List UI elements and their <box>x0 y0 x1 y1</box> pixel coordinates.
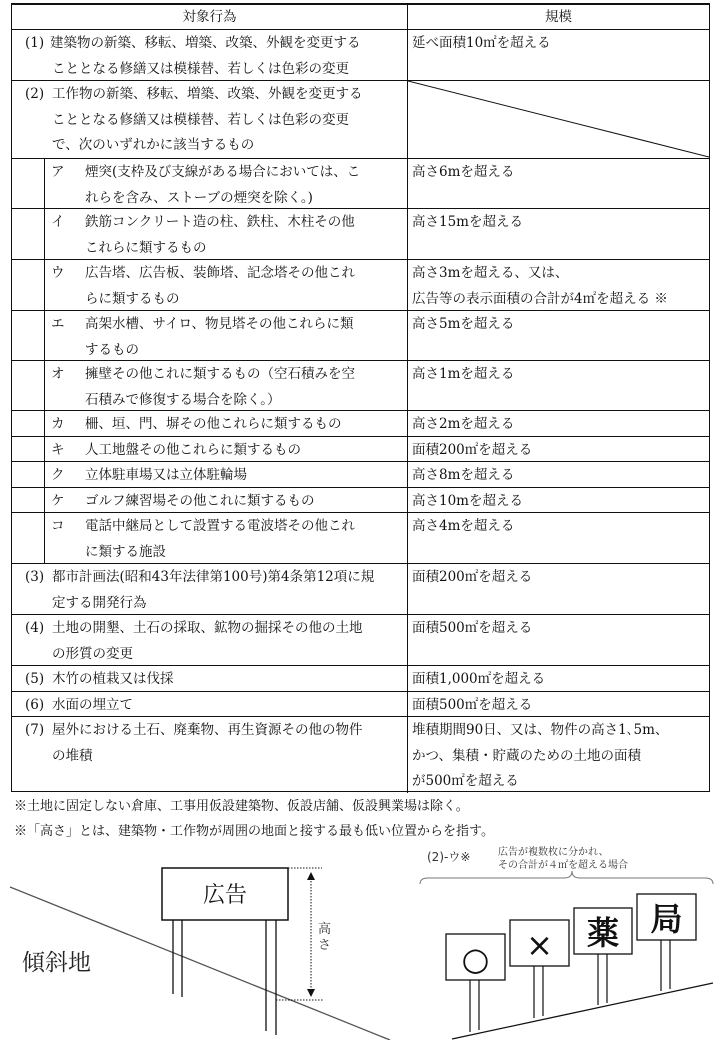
table-row: (3) 都市計画法(昭和43年法律第100号)第4条第12項に規定する開発行為 … <box>12 564 709 615</box>
scale-text: 高さ6mを超える <box>412 160 709 186</box>
scale-text: 高さ15mを超える <box>412 210 709 236</box>
table-row: ク 立体駐車場又は立体駐輪場 高さ8mを超える <box>12 462 709 488</box>
table-row: コ 電話中継局として設置する電波塔その他これに類する施設 高さ4mを超える <box>12 513 709 564</box>
table-row: オ 擁壁その他これに類するもの（空石積みを空石積みで修復する場合を除く。） 高さ… <box>12 361 709 411</box>
multiple-signs-diagram: (2)-ウ※ 広告が複数枚に分かれ、 その合計が４㎡を超える場合 ○ × 薬 局 <box>400 840 720 1040</box>
action-text: 高架水槽、サイロ、物見塔その他これらに類 <box>85 312 403 338</box>
scale-text: 面積1,000㎡を超える <box>412 667 709 693</box>
sign-cross-label: × <box>526 926 553 964</box>
action-text: で、次のいずれかに該当するもの <box>52 133 403 159</box>
scale-text: 面積500㎡を超える <box>412 616 709 642</box>
action-text: するもの <box>85 338 403 364</box>
header-action: 対象行為 <box>12 5 408 29</box>
action-text: 工作物の新築、移転、増築、改築、外観を変更する <box>52 82 403 108</box>
scale-text: 高さ5mを超える <box>412 312 709 338</box>
footnotes: ※土地に固定しない倉庫、工事用仮設建築物、仮設店舗、仮設興業場は除く。 ※「高さ… <box>14 794 494 844</box>
table-row: (4) 土地の開墾、土石の採取、鉱物の掘採その他の土地の形質の変更 面積500㎡… <box>12 615 709 666</box>
action-text: 柵、垣、門、塀その他これらに類するもの <box>85 412 403 438</box>
caption-line: その合計が４㎡を超える場合 <box>498 858 628 871</box>
row-number: (5) <box>25 667 44 693</box>
table-row: (5) 木竹の植栽又は伐採 面積1,000㎡を超える <box>12 666 709 692</box>
row-letter: コ <box>51 514 65 540</box>
footnote-exclusions: ※土地に固定しない倉庫、工事用仮設建築物、仮設店舗、仮設興業場は除く。 <box>14 794 494 819</box>
action-text: 煙突(支枠及び支線がある場合においては、こ <box>85 160 403 186</box>
sign-label: 広告 <box>203 883 247 908</box>
row-number: (7) <box>25 718 44 744</box>
scale-text: 広告等の表示面積の合計が4㎡を超える ※ <box>412 287 709 313</box>
action-text: 建築物の新築、移転、増築、改築、外観を変更する <box>50 31 403 57</box>
scale-text: が500㎡を超える <box>412 769 709 795</box>
table-row: (2) 工作物の新築、移転、増築、改築、外観を変更する こととなる修繕又は模様替… <box>12 81 709 158</box>
row-letter: キ <box>51 438 65 464</box>
action-text: 人工地盤その他これらに類するもの <box>85 438 403 464</box>
scale-text: 面積200㎡を超える <box>412 565 709 591</box>
table-row: (7) 屋外における土石、廃棄物、再生資源その他の物件の堆積 堆積期間90日、又… <box>12 717 709 793</box>
row-letter: オ <box>51 362 65 388</box>
row-number: (1) <box>25 31 44 57</box>
ground-line <box>452 983 713 1039</box>
action-text: の形質の変更 <box>52 642 403 668</box>
sign-kanji-label: 局 <box>650 900 682 938</box>
action-text: こととなる修繕又は模様替、若しくは色彩の変更 <box>52 108 403 134</box>
row-letter: カ <box>51 412 65 438</box>
row-number: (2) <box>25 82 44 108</box>
scale-text: かつ、集積・貯蔵のための土地の面積 <box>412 744 709 770</box>
action-text: 土地の開墾、土石の採取、鉱物の掘採その他の土地 <box>52 616 403 642</box>
row-letter: エ <box>51 312 65 338</box>
action-text: 擁壁その他これに類するもの（空石積みを空 <box>85 362 403 388</box>
row-letter: ウ <box>51 261 65 287</box>
slope-height-diagram: 広告 高 さ 傾斜地 <box>0 840 420 1040</box>
row-number: (6) <box>25 693 44 719</box>
row-letter: イ <box>51 210 65 236</box>
reference-label: (2)-ウ※ <box>427 850 470 864</box>
scale-text: 面積500㎡を超える <box>412 693 709 719</box>
action-text: に類する施設 <box>85 540 403 566</box>
row-letter: ケ <box>51 489 65 515</box>
action-text: 水面の埋立て <box>52 693 403 719</box>
scale-text: 高さ4mを超える <box>412 514 709 540</box>
not-applicable-cell <box>408 81 709 158</box>
action-text: 鉄筋コンクリート造の柱、鉄柱、木柱その他 <box>85 210 403 236</box>
action-text: らに類するもの <box>85 287 403 313</box>
table-row: ア 煙突(支枠及び支線がある場合においては、これらを含み、ストーブの煙突を除く。… <box>12 158 709 209</box>
table-row: ウ 広告塔、広告板、装飾塔、記念塔その他これらに類するもの 高さ3mを超える、又… <box>12 260 709 311</box>
action-text: こととなる修繕又は模様替、若しくは色彩の変更 <box>52 57 403 83</box>
action-text: これらに類するもの <box>85 236 403 262</box>
table-row: ケ ゴルフ練習場その他これに類するもの 高さ10mを超える <box>12 488 709 513</box>
scale-text: 高さ2mを超える <box>412 412 709 438</box>
table-row: (1) 建築物の新築、移転、増築、改築、外観を変更する こととなる修繕又は模様替… <box>12 30 709 81</box>
diagonal-slash <box>408 81 709 158</box>
table-row: (6) 水面の埋立て 面積500㎡を超える <box>12 692 709 717</box>
table-row: カ 柵、垣、門、塀その他これらに類するもの 高さ2mを超える <box>12 411 709 437</box>
scale-text: 高さ1mを超える <box>412 362 709 388</box>
action-text: 電話中継局として設置する電波塔その他これ <box>85 514 403 540</box>
scale-text: 延べ面積10㎡を超える <box>412 31 709 57</box>
action-text: 定する開発行為 <box>52 591 403 617</box>
action-text: ゴルフ練習場その他これに類するもの <box>85 489 403 515</box>
action-text: の堆積 <box>52 744 403 770</box>
action-text: 石積みで修復する場合を除く。） <box>85 388 403 414</box>
scale-text: 高さ8mを超える <box>412 463 709 489</box>
slope-label: 傾斜地 <box>22 950 91 976</box>
table-row: エ 高架水槽、サイロ、物見塔その他これらに類するもの 高さ5mを超える <box>12 311 709 361</box>
row-number: (3) <box>25 565 44 591</box>
action-text: 木竹の植栽又は伐採 <box>52 667 403 693</box>
scale-text: 高さ3mを超える、又は、 <box>412 261 709 287</box>
row-letter: ア <box>51 160 65 186</box>
scale-text: 高さ10mを超える <box>412 489 709 515</box>
caption-line: 広告が複数枚に分かれ、 <box>498 845 609 858</box>
regulation-table: 対象行為 規模 (1) 建築物の新築、移転、増築、改築、外観を変更する こととな… <box>11 3 710 792</box>
scale-text: 面積200㎡を超える <box>412 438 709 464</box>
row-number: (4) <box>25 616 44 642</box>
height-label: 高 <box>318 921 331 937</box>
table-row: キ 人工地盤その他これらに類するもの 面積200㎡を超える <box>12 437 709 462</box>
table-header-row: 対象行為 規模 <box>12 5 709 30</box>
header-scale: 規模 <box>408 5 709 29</box>
action-text: 広告塔、広告板、装飾塔、記念塔その他これ <box>85 261 403 287</box>
action-text: 屋外における土石、廃棄物、再生資源その他の物件 <box>52 718 403 744</box>
sign-circle-label: ○ <box>462 940 490 978</box>
action-text: れらを含み、ストーブの煙突を除く。) <box>85 186 403 212</box>
row-letter: ク <box>51 463 65 489</box>
scale-text: 堆積期間90日、又は、物件の高さ1､5m、 <box>412 718 709 744</box>
sign-kanji-label: 薬 <box>587 914 619 952</box>
table-row: イ 鉄筋コンクリート造の柱、鉄柱、木柱その他これらに類するもの 高さ15mを超え… <box>12 209 709 260</box>
height-label: さ <box>318 938 331 953</box>
action-text: 都市計画法(昭和43年法律第100号)第4条第12項に規 <box>52 565 403 591</box>
action-text: 立体駐車場又は立体駐輪場 <box>85 463 403 489</box>
grouping-brace <box>420 871 713 884</box>
